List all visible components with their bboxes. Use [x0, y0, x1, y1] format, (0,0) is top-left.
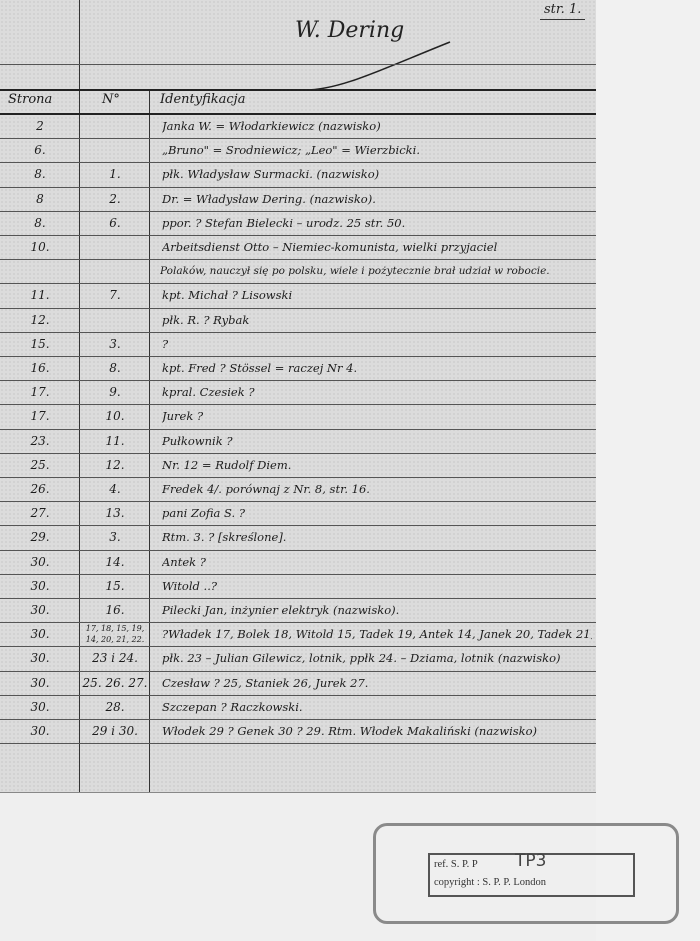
row-page: 10. [0, 235, 80, 259]
table-row: 26.4.Fredek 4/. porównaj z Nr. 8, str. 1… [0, 477, 596, 501]
rule [0, 64, 596, 65]
table-row: 27.13.pani Zofia S. ? [0, 501, 596, 525]
row-page: 8. [0, 211, 80, 235]
table-row: 8.6.ppor. ? Stefan Bielecki – urodz. 25 … [0, 211, 596, 235]
table-row: 30.23 i 24.płk. 23 – Julian Gilewicz, lo… [0, 646, 596, 670]
row-identification: Pułkownik ? [162, 429, 592, 453]
row-identification: płk. R. ? Rybak [162, 308, 592, 332]
stamp-ref-code: TP3 [515, 851, 546, 871]
row-identification: Janka W. = Włodarkiewicz (nazwisko) [162, 114, 592, 138]
row-identification: Nr. 12 = Rudolf Diem. [162, 453, 592, 477]
table-row: 30.16.Pilecki Jan, inżynier elektryk (na… [0, 598, 596, 622]
table-row: 25.12.Nr. 12 = Rudolf Diem. [0, 453, 596, 477]
row-identification: Pilecki Jan, inżynier elektryk (nazwisko… [162, 598, 592, 622]
row-page: 6. [0, 138, 80, 162]
row-identification: Dr. = Władysław Dering. (nazwisko). [162, 187, 592, 211]
row-identification: kpt. Fred ? Stössel = raczej Nr 4. [162, 356, 592, 380]
table-row: 30.14.Antek ? [0, 550, 596, 574]
column-header-identification: Identyfikacja [160, 92, 245, 107]
table-row: 23.11.Pułkownik ? [0, 429, 596, 453]
column-header-page: Strona [8, 92, 52, 107]
table-row: 8.1.płk. Władysław Surmacki. (nazwisko) [0, 162, 596, 186]
row-page: 27. [0, 501, 80, 525]
row-identification: Polaków, nauczył się po polsku, wiele i … [160, 259, 592, 283]
row-identification: Rtm. 3. ? [skreślone]. [162, 525, 592, 549]
row-page: 30. [0, 719, 80, 743]
row-identification: ppor. ? Stefan Bielecki – urodz. 25 str.… [162, 211, 592, 235]
row-number: 12. [80, 453, 150, 477]
row-page: 16. [0, 356, 80, 380]
row-number: 9. [80, 380, 150, 404]
row-identification: Arbeitsdienst Otto – Niemiec-komunista, … [162, 235, 592, 259]
row-number [80, 138, 150, 162]
stamp-ref-label: ref. S. P. P [434, 859, 478, 870]
row-page: 30. [0, 598, 80, 622]
table-row: 15.3.? [0, 332, 596, 356]
table-row: 30.29 i 30.Włodek 29 ? Genek 30 ? 29. Rt… [0, 719, 596, 743]
row-page: 25. [0, 453, 80, 477]
row-page: 30. [0, 622, 80, 646]
row-page: 29. [0, 525, 80, 549]
table-row: 30.28.Szczepan ? Raczkowski. [0, 695, 596, 719]
rule [0, 89, 596, 91]
row-identification: Szczepan ? Raczkowski. [162, 695, 592, 719]
row-number: 11. [80, 429, 150, 453]
row-number: 15. [80, 574, 150, 598]
stamp-copyright: copyright : S. P. P. London [434, 877, 546, 888]
row-number: 16. [80, 598, 150, 622]
row-identification: Czesław ? 25, Staniek 26, Jurek 27. [162, 671, 592, 695]
table-row: 11.7.kpt. Michał ? Lisowski [0, 283, 596, 307]
row-identification: Włodek 29 ? Genek 30 ? 29. Rtm. Włodek M… [162, 719, 592, 743]
row-page: 23. [0, 429, 80, 453]
table-row: 2Janka W. = Włodarkiewicz (nazwisko) [0, 114, 596, 138]
row-identification: Antek ? [162, 550, 592, 574]
page-number: str. 1. [540, 2, 585, 20]
row-page: 30. [0, 646, 80, 670]
row-page: 30. [0, 550, 80, 574]
row-identification: Witold ..? [162, 574, 592, 598]
table-row: 6.„Bruno" = Srodniewicz; „Leo" = Wierzbi… [0, 138, 596, 162]
row-page: 30. [0, 671, 80, 695]
row-number: 14. [80, 550, 150, 574]
sheet-bottom-edge [0, 792, 596, 793]
table-row: Polaków, nauczył się po polsku, wiele i … [0, 259, 596, 283]
row-identification: płk. 23 – Julian Gilewicz, lotnik, ppłk … [162, 646, 592, 670]
table-row: 10.Arbeitsdienst Otto – Niemiec-komunist… [0, 235, 596, 259]
row-identification: Jurek ? [162, 404, 592, 428]
row-identification: „Bruno" = Srodniewicz; „Leo" = Wierzbick… [162, 138, 592, 162]
row-page: 12. [0, 308, 80, 332]
table-row: 17.10.Jurek ? [0, 404, 596, 428]
row-number: 2. [80, 187, 150, 211]
table-row: 17.9.kpral. Czesiek ? [0, 380, 596, 404]
row-number: 7. [80, 283, 150, 307]
row-page: 15. [0, 332, 80, 356]
row-identification: kpral. Czesiek ? [162, 380, 592, 404]
table-row: 30.25. 26. 27.Czesław ? 25, Staniek 26, … [0, 671, 596, 695]
table-row: 16.8.kpt. Fred ? Stössel = raczej Nr 4. [0, 356, 596, 380]
row-identification: Fredek 4/. porównaj z Nr. 8, str. 16. [162, 477, 592, 501]
archive-stamp-box: ref. S. P. P TP3 copyright : S. P. P. Lo… [428, 853, 635, 897]
row-number: 29 i 30. [80, 719, 150, 743]
row-number: 3. [80, 525, 150, 549]
row-rule [0, 743, 596, 744]
row-identification: kpt. Michał ? Lisowski [162, 283, 592, 307]
row-page: 8. [0, 162, 80, 186]
table-row: 82.Dr. = Władysław Dering. (nazwisko). [0, 187, 596, 211]
row-number: 25. 26. 27. [80, 671, 150, 695]
row-number: 10. [80, 404, 150, 428]
row-page: 17. [0, 404, 80, 428]
row-number [80, 308, 150, 332]
table-row: 30.15.Witold ..? [0, 574, 596, 598]
row-number [80, 114, 150, 138]
row-number: 13. [80, 501, 150, 525]
row-identification: pani Zofia S. ? [162, 501, 592, 525]
row-number: 17, 18, 15, 19, 14, 20, 21, 22. [80, 622, 150, 647]
table-row: 12.płk. R. ? Rybak [0, 308, 596, 332]
row-page [0, 259, 80, 283]
row-number [80, 259, 150, 283]
row-number: 4. [80, 477, 150, 501]
row-page: 11. [0, 283, 80, 307]
row-page: 17. [0, 380, 80, 404]
row-number: 3. [80, 332, 150, 356]
row-number: 1. [80, 162, 150, 186]
column-header-number: N° [102, 92, 120, 107]
row-page: 30. [0, 695, 80, 719]
row-number [80, 235, 150, 259]
row-page: 2 [0, 114, 80, 138]
row-number: 6. [80, 211, 150, 235]
table-row: 29.3.Rtm. 3. ? [skreślone]. [0, 525, 596, 549]
row-number: 8. [80, 356, 150, 380]
row-identification: ?Władek 17, Bolek 18, Witold 15, Tadek 1… [162, 622, 592, 646]
row-number: 23 i 24. [80, 646, 150, 670]
row-page: 26. [0, 477, 80, 501]
row-page: 30. [0, 574, 80, 598]
paper-margin [596, 0, 700, 941]
table-row: 30.17, 18, 15, 19, 14, 20, 21, 22.?Włade… [0, 622, 596, 646]
row-identification: ? [162, 332, 592, 356]
row-number: 28. [80, 695, 150, 719]
row-identification: płk. Władysław Surmacki. (nazwisko) [162, 162, 592, 186]
row-page: 8 [0, 187, 80, 211]
